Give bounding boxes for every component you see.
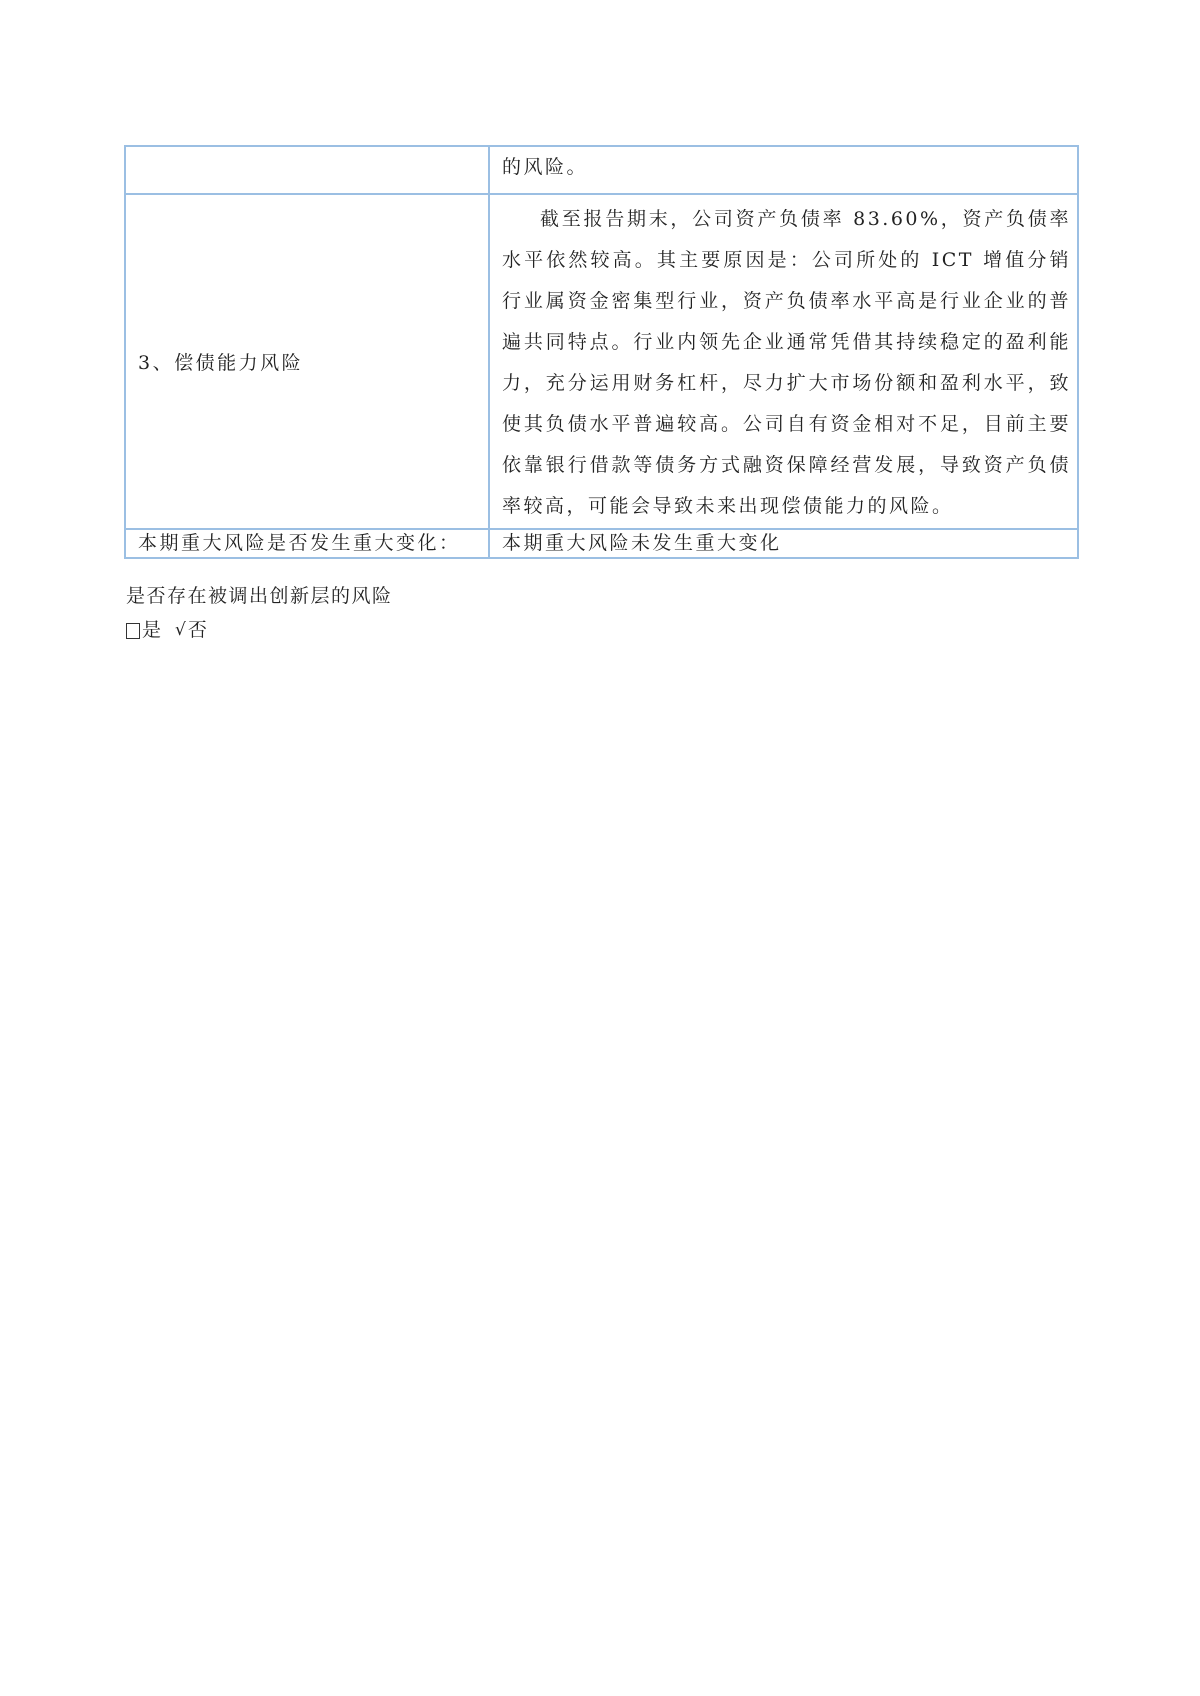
innovation-layer-risk-options: 是 √ 否 <box>126 614 221 646</box>
risk-description-cell: 的风险。 <box>489 146 1078 194</box>
risk-description-cell: 截至报告期末，公司资产负债率 83.60%，资产负债率水平依然较高。其主要原因是… <box>489 194 1078 529</box>
major-change-value: 本期重大风险未发生重大变化 <box>489 529 1078 558</box>
checkbox-yes-icon[interactable] <box>126 623 140 639</box>
table-row-major-change: 本期重大风险是否发生重大变化： 本期重大风险未发生重大变化 <box>125 529 1078 558</box>
risk-name-cell <box>125 146 489 194</box>
option-no-label: 否 <box>188 614 207 646</box>
risk-name-cell: 3、偿债能力风险 <box>125 194 489 529</box>
document-page: 的风险。 3、偿债能力风险 截至报告期末，公司资产负债率 83.60%，资产负债… <box>0 0 1200 1696</box>
major-change-label: 本期重大风险是否发生重大变化： <box>125 529 489 558</box>
risk-table: 的风险。 3、偿债能力风险 截至报告期末，公司资产负债率 83.60%，资产负债… <box>124 145 1079 559</box>
table-row-solvency-risk: 3、偿债能力风险 截至报告期末，公司资产负债率 83.60%，资产负债率水平依然… <box>125 194 1078 529</box>
table-row-continuation: 的风险。 <box>125 146 1078 194</box>
innovation-layer-risk-question: 是否存在被调出创新层的风险 <box>126 580 393 612</box>
checkmark-icon[interactable]: √ <box>175 614 186 646</box>
option-yes-label: 是 <box>142 614 161 646</box>
